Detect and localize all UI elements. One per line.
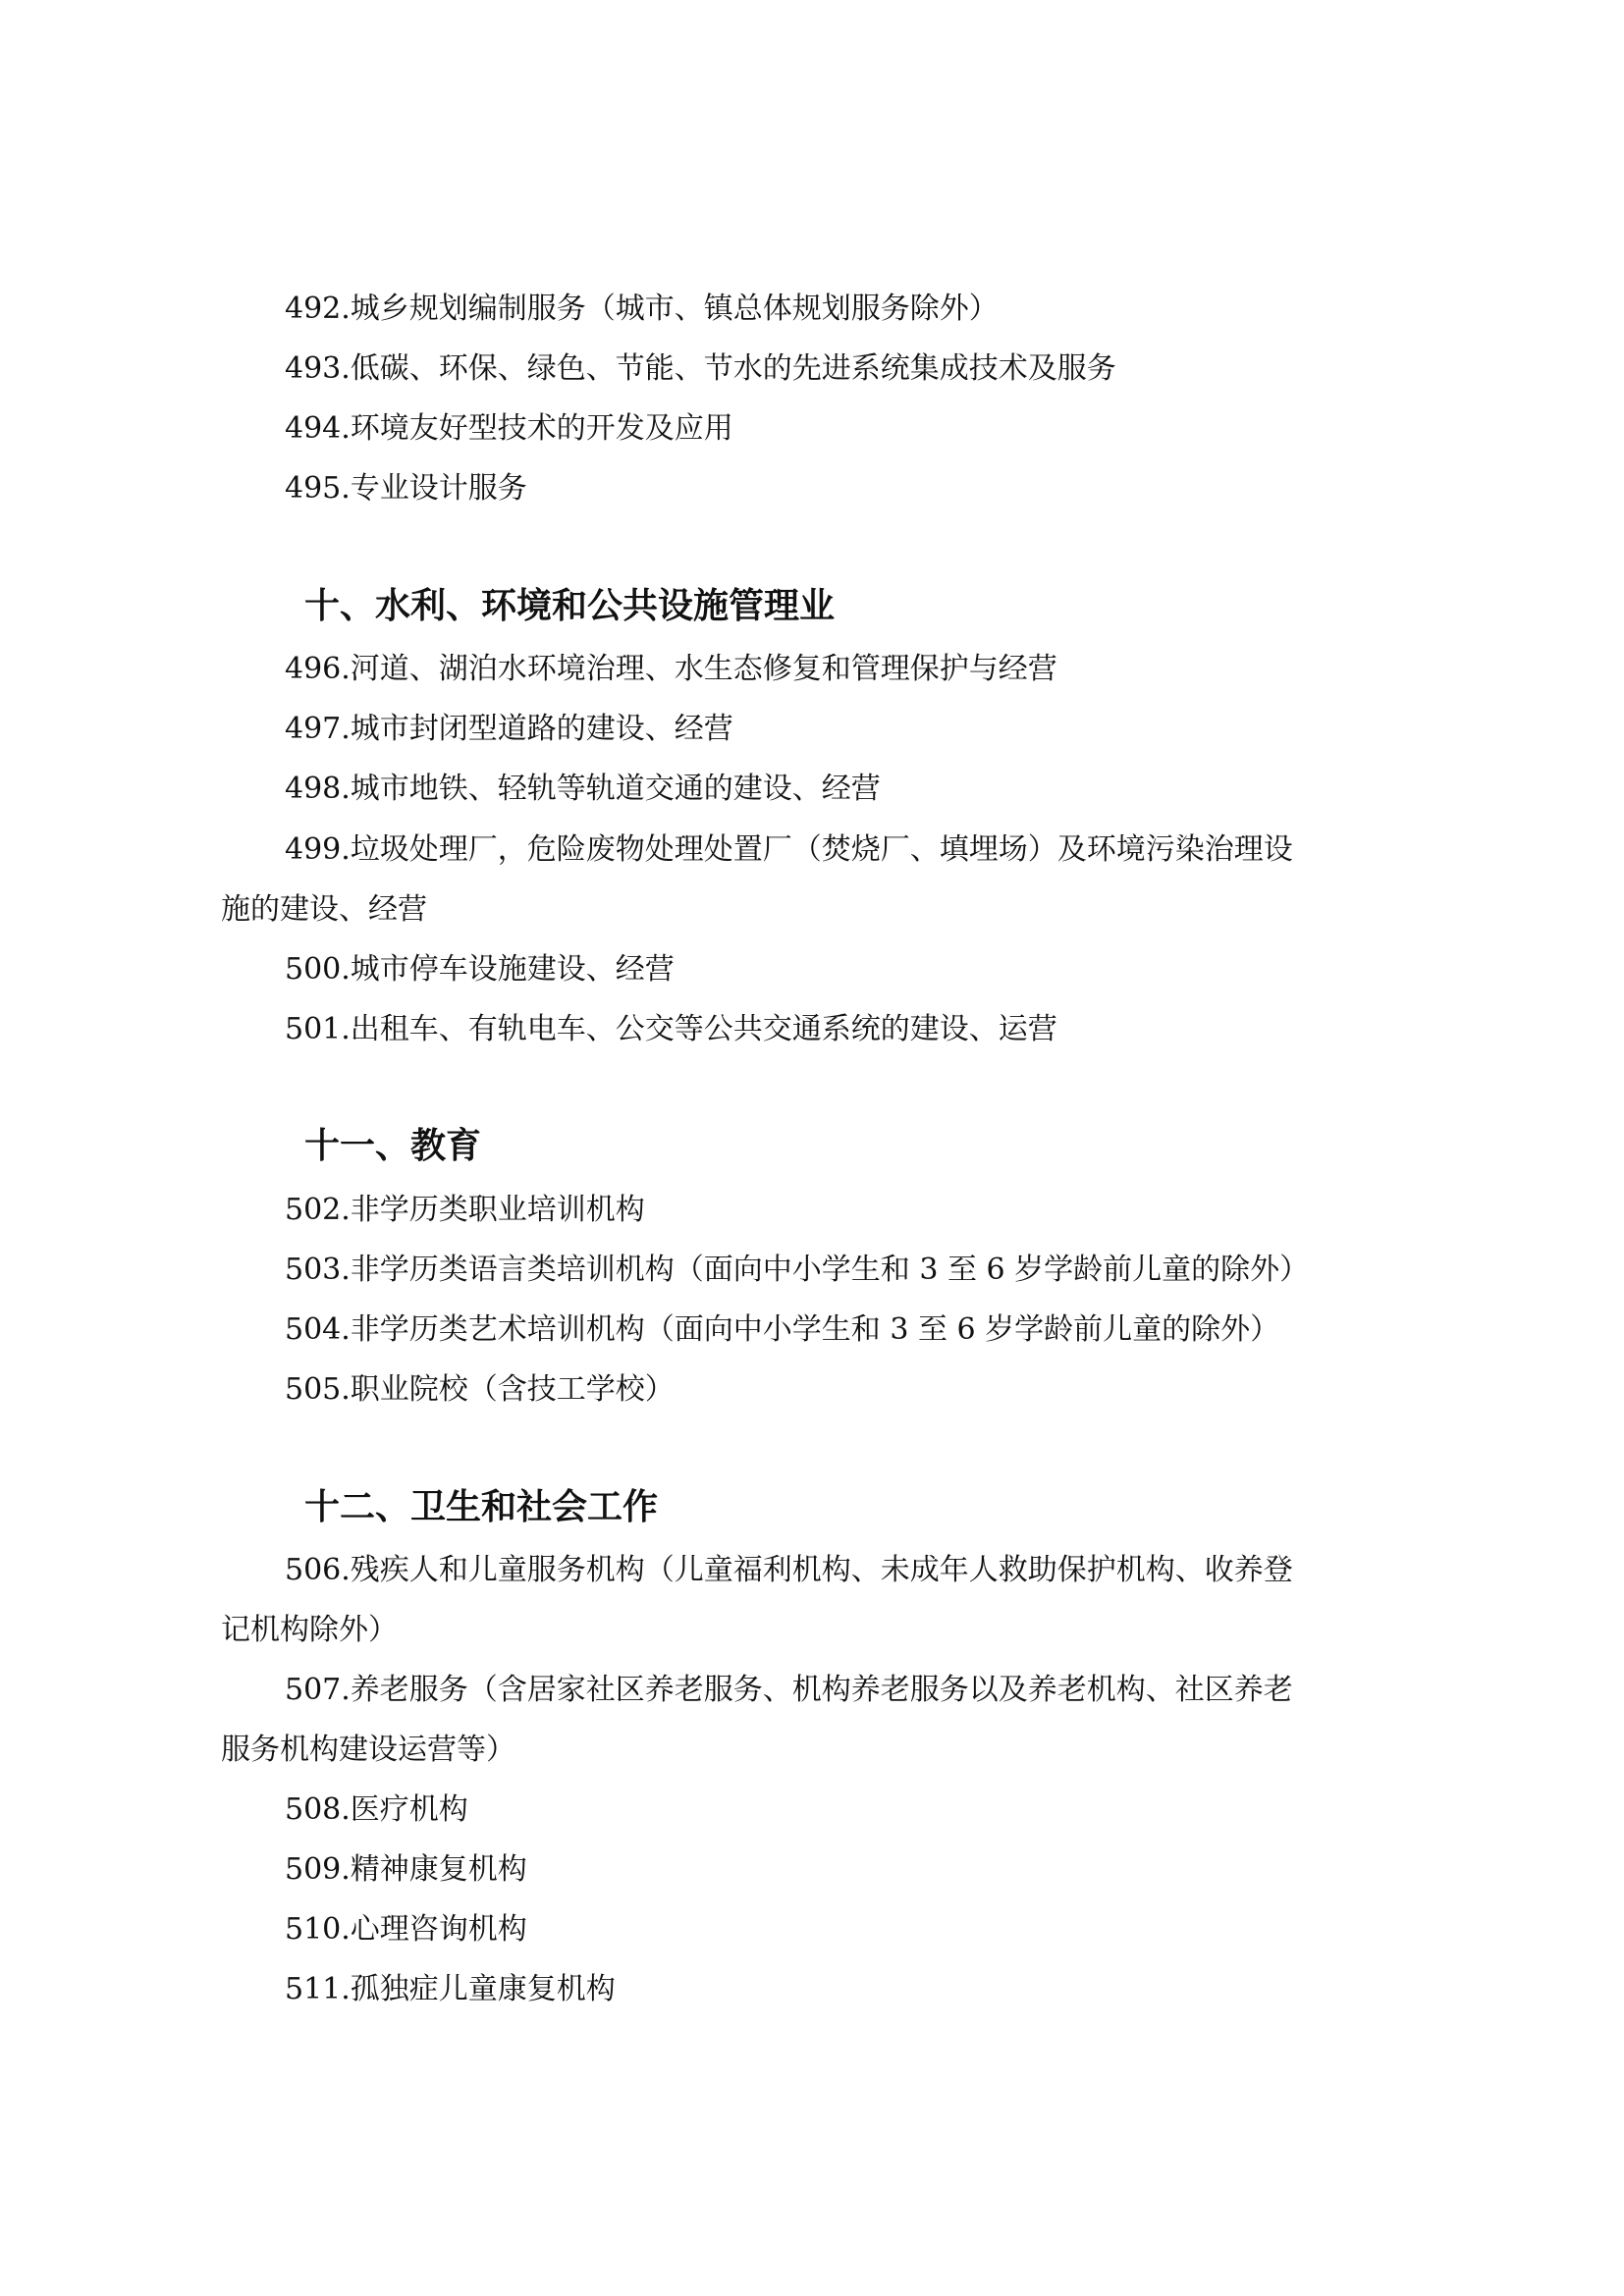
list-item-504: 504.非学历类艺术培训机构（面向中小学生和 3 至 6 岁学龄前儿童的除外） xyxy=(285,1310,1279,1350)
list-item-501: 501.出租车、有轨电车、公交等公共交通系统的建设、运营 xyxy=(285,1010,1057,1049)
list-item-511: 511.孤独症儿童康复机构 xyxy=(285,1970,616,2009)
list-item-497: 497.城市封闭型道路的建设、经营 xyxy=(285,710,733,749)
list-item-500: 500.城市停车设施建设、经营 xyxy=(285,950,675,989)
list-item-495: 495.专业设计服务 xyxy=(285,469,527,508)
section-heading-11: 十一、教育 xyxy=(304,1125,481,1168)
list-item-506-cont: 记机构除外） xyxy=(221,1611,398,1650)
list-item-510: 510.心理咨询机构 xyxy=(285,1910,527,1949)
list-item-507: 507.养老服务（含居家社区养老服务、机构养老服务以及养老机构、社区养老 xyxy=(285,1671,1293,1710)
section-heading-10: 十、水利、环境和公共设施管理业 xyxy=(304,585,835,628)
list-item-499-cont: 施的建设、经营 xyxy=(221,890,427,930)
list-item-499: 499.垃圾处理厂，危险废物处理处置厂（焚烧厂、填埋场）及环境污染治理设 xyxy=(285,830,1293,870)
list-item-506: 506.残疾人和儿童服务机构（儿童福利机构、未成年人救助保护机构、收养登 xyxy=(285,1551,1293,1590)
list-item-498: 498.城市地铁、轻轨等轨道交通的建设、经营 xyxy=(285,770,881,809)
section-heading-12: 十二、卫生和社会工作 xyxy=(304,1486,658,1529)
list-item-505: 505.职业院校（含技工学校） xyxy=(285,1370,675,1410)
list-item-509: 509.精神康复机构 xyxy=(285,1850,527,1890)
list-item-502: 502.非学历类职业培训机构 xyxy=(285,1191,645,1230)
list-item-503: 503.非学历类语言类培训机构（面向中小学生和 3 至 6 岁学龄前儿童的除外） xyxy=(285,1251,1309,1290)
list-item-494: 494.环境友好型技术的开发及应用 xyxy=(285,409,733,449)
list-item-493: 493.低碳、环保、绿色、节能、节水的先进系统集成技术及服务 xyxy=(285,349,1116,389)
list-item-508: 508.医疗机构 xyxy=(285,1790,468,1830)
list-item-496: 496.河道、湖泊水环境治理、水生态修复和管理保护与经营 xyxy=(285,650,1057,689)
list-item-492: 492.城乡规划编制服务（城市、镇总体规划服务除外） xyxy=(285,290,999,329)
list-item-507-cont: 服务机构建设运营等） xyxy=(221,1731,515,1770)
